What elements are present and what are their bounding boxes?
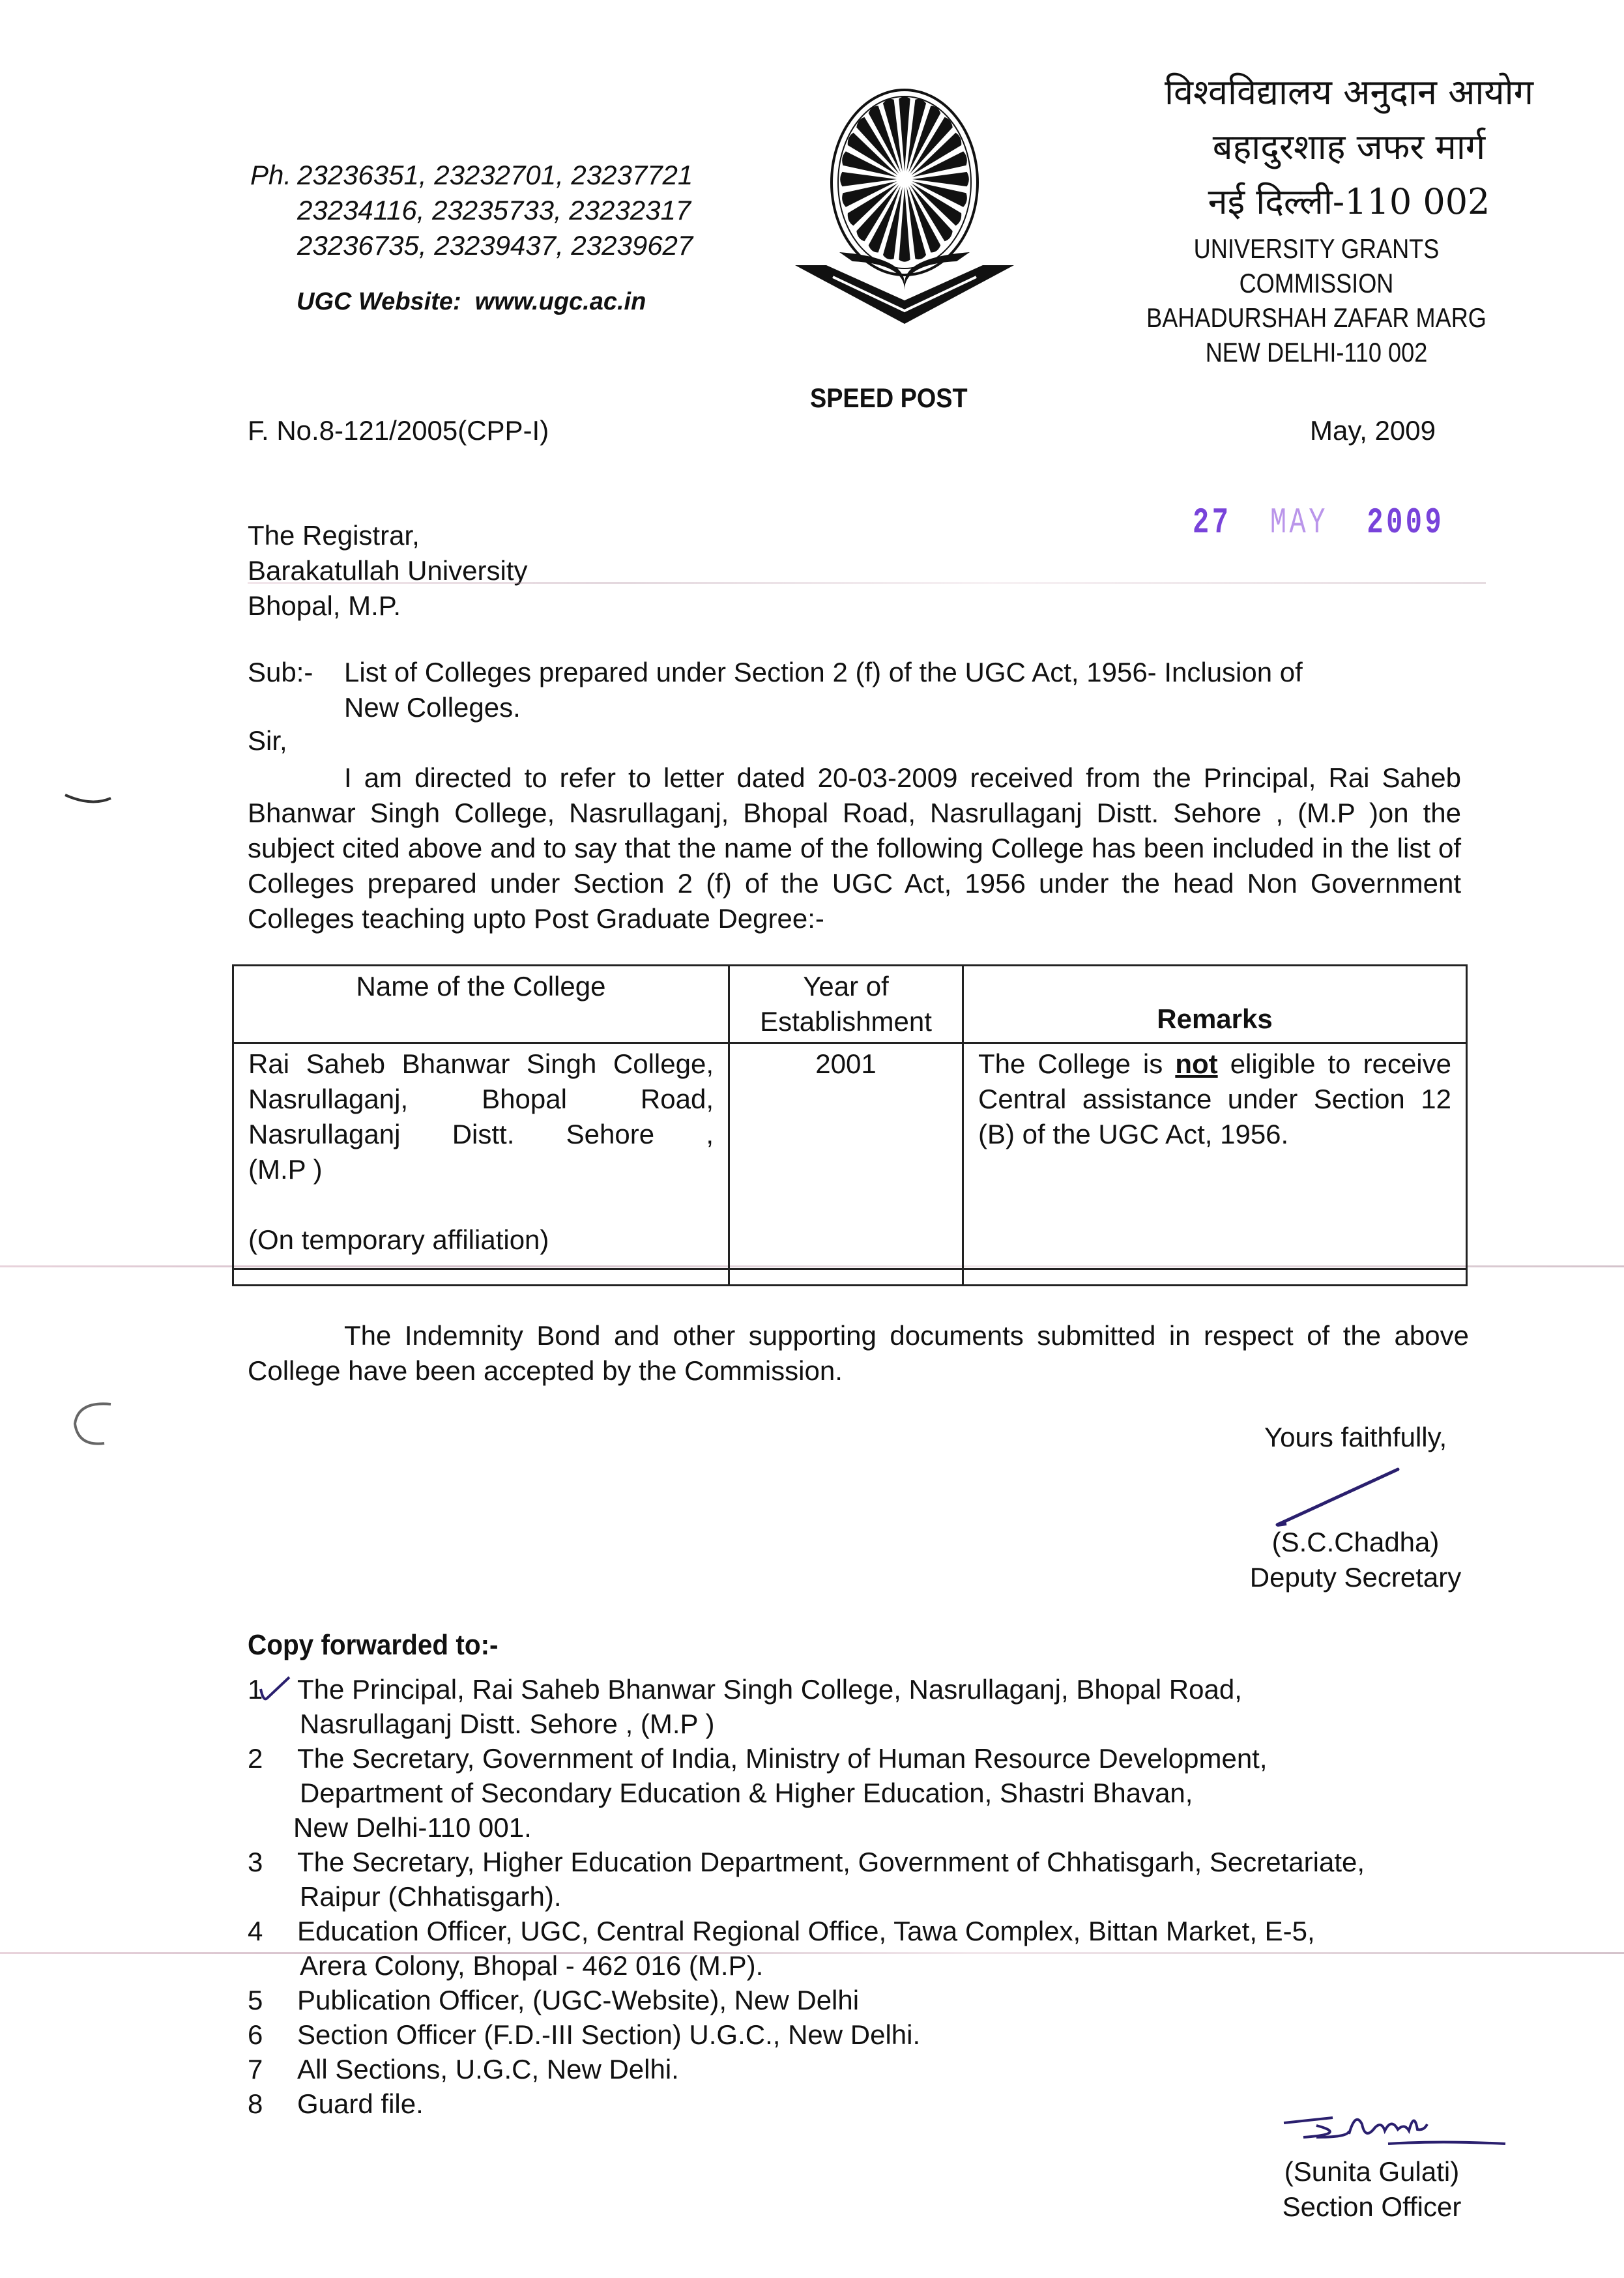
header-year: Year of Establishment xyxy=(729,966,963,1043)
website-label: UGC Website: xyxy=(297,288,461,315)
remarks-cell: The College is not eligible to receive C… xyxy=(963,1043,1467,1269)
letter-date: May, 2009 xyxy=(1310,415,1436,446)
hindi-address: विश्वविद्यालय अनुदान आयोग बहादुरशाह जफर … xyxy=(1160,65,1538,229)
phone-numbers: Ph.23236351, 23232701, 23237721 23234116… xyxy=(250,158,693,263)
cc-item-text: The Secretary, Higher Education Departme… xyxy=(297,1845,1486,1914)
cc-item-text: All Sections, U.G.C, New Delhi. xyxy=(297,2052,1486,2086)
website-line: UGC Website: www.ugc.ac.in xyxy=(297,288,646,316)
punch-hole-mark-icon xyxy=(65,1394,124,1453)
address-line: BAHADURSHAH ZAFAR MARG xyxy=(1120,300,1513,335)
cc-item-line: New Delhi-110 001. xyxy=(293,1810,1486,1845)
copy-forwarded-list: 1The Principal, Rai Saheb Bhanwar Singh … xyxy=(248,1672,1486,2121)
subject-block: Sub:-List of Colleges prepared under Sec… xyxy=(248,655,1473,725)
table-header-row: Name of the College Year of Establishmen… xyxy=(233,966,1467,1043)
section-officer-designation: Section Officer xyxy=(1268,2189,1476,2225)
cc-item-line: The Secretary, Government of India, Mini… xyxy=(297,1741,1486,1776)
subject-label: Sub:- xyxy=(248,655,344,690)
cc-item-line: The Principal, Rai Saheb Bhanwar Singh C… xyxy=(297,1672,1486,1707)
cc-list-item: 7All Sections, U.G.C, New Delhi. xyxy=(248,2052,1486,2086)
cc-item-line: Publication Officer, (UGC-Website), New … xyxy=(297,1983,1486,2017)
cc-item-number: 8 xyxy=(248,2086,297,2121)
cc-list-item: 2The Secretary, Government of India, Min… xyxy=(248,1741,1486,1845)
section-officer-block: (Sunita Gulati) Section Officer xyxy=(1268,2154,1476,2225)
year-cell: 2001 xyxy=(729,1043,963,1269)
cc-list-item: 1The Principal, Rai Saheb Bhanwar Singh … xyxy=(248,1672,1486,1741)
affiliation-note: (On temporary affiliation) xyxy=(248,1222,714,1265)
signatory: (S.C.Chadha) Deputy Secretary xyxy=(1238,1525,1473,1595)
college-state: (M.P ) xyxy=(248,1152,714,1187)
cc-list-item: 4Education Officer, UGC, Central Regiona… xyxy=(248,1914,1486,1983)
signatory-name: (S.C.Chadha) xyxy=(1238,1525,1473,1560)
signatory-designation: Deputy Secretary xyxy=(1238,1560,1473,1595)
punch-hole-mark-icon xyxy=(59,775,124,808)
cc-item-line: Department of Secondary Education & High… xyxy=(297,1776,1486,1810)
header-remarks: Remarks xyxy=(963,966,1467,1043)
org-name: UNIVERSITY GRANTS COMMISSION xyxy=(1120,231,1513,300)
cc-item-text: Education Officer, UGC, Central Regional… xyxy=(297,1914,1486,1983)
cc-list-item: 6Section Officer (F.D.-III Section) U.G.… xyxy=(248,2017,1486,2052)
address-line: NEW DELHI-110 002 xyxy=(1120,335,1513,369)
phone-row: 23234116, 23235733, 23232317 xyxy=(297,193,691,228)
cc-item-number: 2 xyxy=(248,1741,297,1845)
cc-item-number: 6 xyxy=(248,2017,297,2052)
subject-text: List of Colleges prepared under Section … xyxy=(344,657,1303,687)
colleges-table: Name of the College Year of Establishmen… xyxy=(232,964,1468,1286)
header-college-name: Name of the College xyxy=(233,966,729,1043)
cc-item-line: All Sections, U.G.C, New Delhi. xyxy=(297,2052,1486,2086)
phone-row: 23236735, 23239437, 23239627 xyxy=(297,228,693,263)
phone-label: Ph. xyxy=(250,158,297,193)
closing-paragraph: The Indemnity Bond and other supporting … xyxy=(248,1318,1469,1389)
cc-item-line: Education Officer, UGC, Central Regional… xyxy=(297,1914,1486,1948)
phone-row: 23236351, 23232701, 23237721 xyxy=(297,158,693,193)
handwritten-signature-icon xyxy=(1271,2105,1518,2157)
salutation: Sir, xyxy=(248,725,287,757)
cc-item-line: The Secretary, Higher Education Departme… xyxy=(297,1845,1486,1879)
ugc-emblem-icon xyxy=(787,81,1022,329)
dispatch-mode: SPEED POST xyxy=(810,382,968,414)
body-text: I am directed to refer to letter dated 2… xyxy=(248,760,1461,936)
closing-salutation: Yours faithfully, xyxy=(1264,1422,1447,1453)
remarks-emphasis: not xyxy=(1175,1048,1217,1079)
table-row: Rai Saheb Bhanwar Singh College, Nasrull… xyxy=(233,1043,1467,1269)
checkmark-icon xyxy=(257,1675,296,1703)
addressee-line: The Registrar, xyxy=(248,518,528,553)
cc-item-line: Section Officer (F.D.-III Section) U.G.C… xyxy=(297,2017,1486,2052)
cc-item-text: Publication Officer, (UGC-Website), New … xyxy=(297,1983,1486,2017)
college-name: Rai Saheb Bhanwar Singh College, Nasrull… xyxy=(248,1048,714,1149)
addressee-line: Bhopal, M.P. xyxy=(248,588,528,624)
cc-item-number: 1 xyxy=(248,1672,297,1741)
cc-item-line: Nasrullaganj Distt. Sehore , (M.P ) xyxy=(297,1707,1486,1741)
cc-list-item: 5Publication Officer, (UGC-Website), New… xyxy=(248,1983,1486,2017)
cc-item-text: Section Officer (F.D.-III Section) U.G.C… xyxy=(297,2017,1486,2052)
hindi-line: नई दिल्ली-110 002 xyxy=(1160,175,1538,229)
cc-item-number: 5 xyxy=(248,1983,297,2017)
table-empty-row xyxy=(233,1269,1467,1286)
cc-item-number: 7 xyxy=(248,2052,297,2086)
stamp-day: 27 xyxy=(1193,502,1231,543)
remarks-text: The College is xyxy=(978,1048,1175,1079)
addressee-block: The Registrar, Barakatullah University B… xyxy=(248,518,528,624)
cc-item-number: 4 xyxy=(248,1914,297,1983)
cc-list-item: 3The Secretary, Higher Education Departm… xyxy=(248,1845,1486,1914)
stamp-month: MAY xyxy=(1270,502,1328,543)
copy-forwarded-title: Copy forwarded to:- xyxy=(248,1629,499,1662)
hindi-line: विश्वविद्यालय अनुदान आयोग xyxy=(1160,65,1538,120)
cc-item-line: Arera Colony, Bhopal - 462 016 (M.P). xyxy=(297,1948,1486,1983)
college-name-cell: Rai Saheb Bhanwar Singh College, Nasrull… xyxy=(233,1043,729,1269)
english-address: UNIVERSITY GRANTS COMMISSION BAHADURSHAH… xyxy=(1120,231,1513,369)
body-paragraph: I am directed to refer to letter dated 2… xyxy=(248,760,1461,936)
cc-item-text: The Secretary, Government of India, Mini… xyxy=(297,1741,1486,1845)
section-officer-name: (Sunita Gulati) xyxy=(1268,2154,1476,2189)
closing-text: The Indemnity Bond and other supporting … xyxy=(248,1318,1469,1389)
website-url[interactable]: www.ugc.ac.in xyxy=(475,288,646,315)
cc-item-number: 3 xyxy=(248,1845,297,1914)
cc-item-text: The Principal, Rai Saheb Bhanwar Singh C… xyxy=(297,1672,1486,1741)
paper-crease xyxy=(248,582,1486,584)
received-date-stamp: 27 MAY 2009 xyxy=(1193,502,1444,543)
subject-text-cont: New Colleges. xyxy=(248,690,1473,725)
hindi-line: बहादुरशाह जफर मार्ग xyxy=(1160,120,1538,175)
file-number: F. No.8-121/2005(CPP-I) xyxy=(248,415,549,446)
cc-item-line: Raipur (Chhatisgarh). xyxy=(297,1879,1486,1914)
stamp-year: 2009 xyxy=(1367,502,1444,543)
